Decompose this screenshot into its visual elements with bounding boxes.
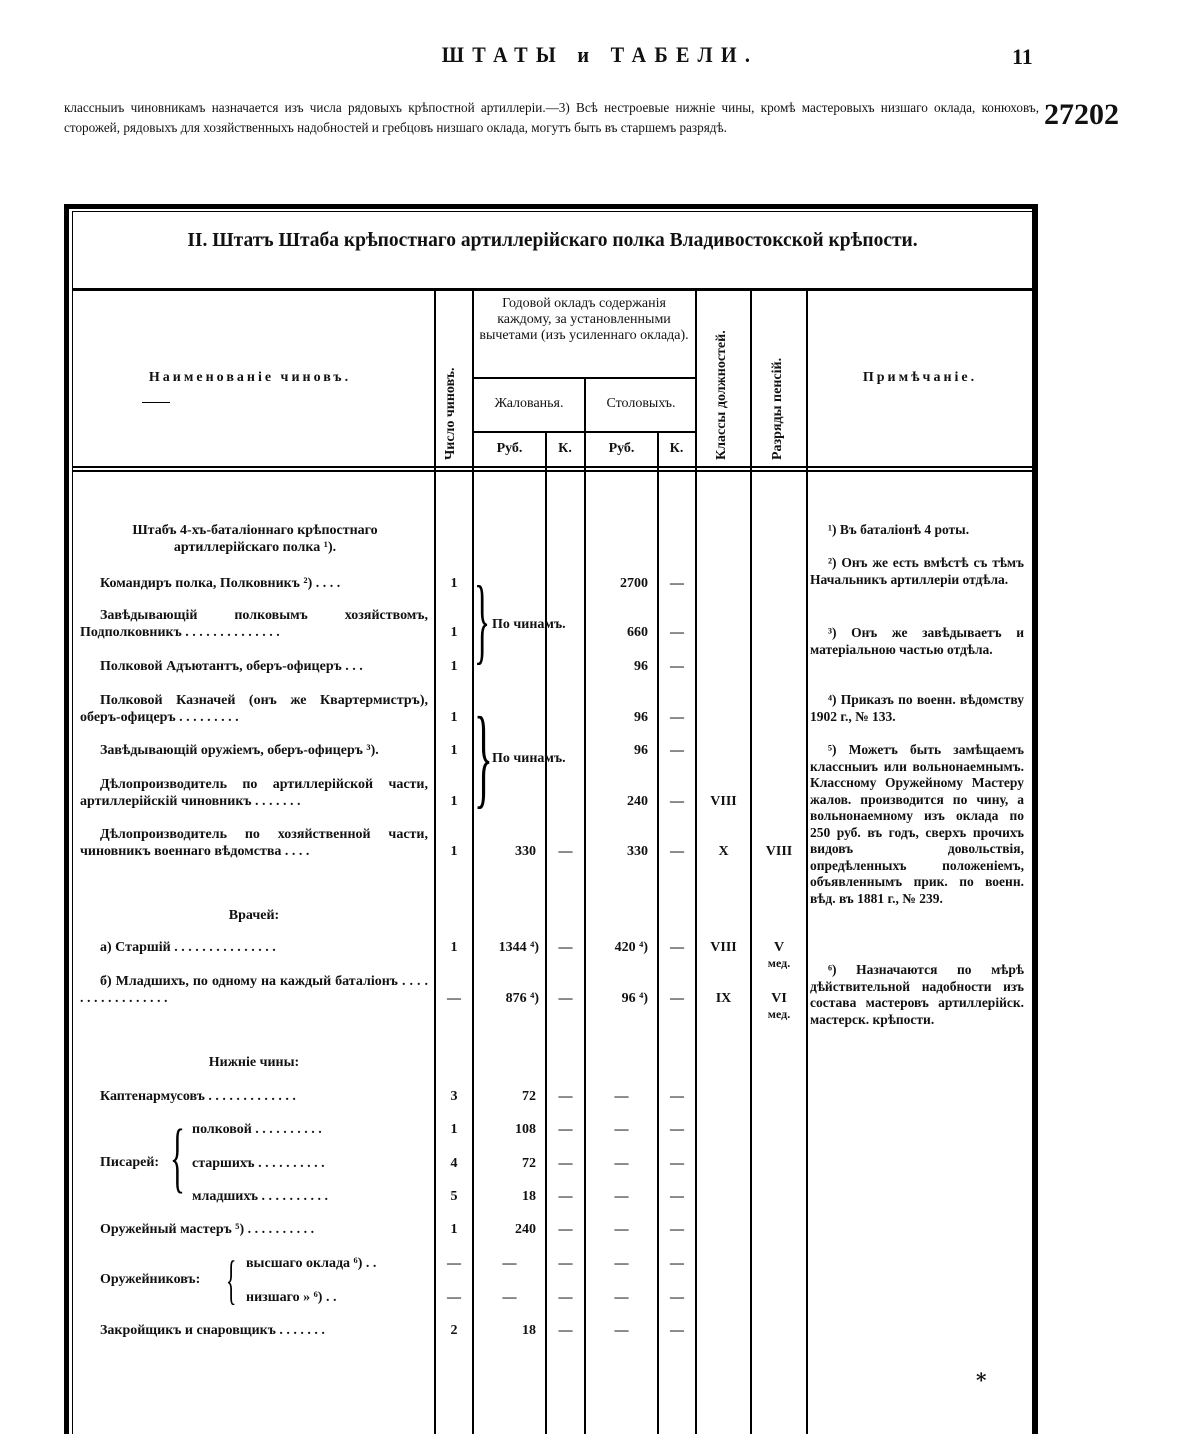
row-stol-k: — [659,1088,695,1105]
header-rub-2: Руб. [586,441,657,457]
row-stol-k: — [659,939,695,956]
row-zhal-rub: 240 [474,1221,536,1238]
row-zhal-rub: 18 [474,1322,536,1339]
row-stol-rub: 2700 [586,575,648,592]
row-name: Полковой Казначей (онъ же Квартермистръ)… [80,692,428,726]
row-pension-sub: мед. [752,1006,806,1023]
row-count: 1 [436,624,472,641]
row-zhal-k: — [547,1121,584,1138]
row-stol-k: — [659,1188,695,1205]
header-bottom-rule-2 [72,470,1033,472]
row-count: 1 [436,1221,472,1238]
row-pension-sub: мед. [752,955,806,972]
section-heading-lower-ranks: Нижніе чины: [80,1054,428,1071]
row-stol-rub: — [586,1121,657,1138]
row-stol-rub: 96 [586,709,648,726]
row-name: низшаго » ⁶) . . [246,1289,428,1306]
row-name: младшихъ . . . . . . . . . . [192,1188,428,1205]
row-pension: V [752,939,806,956]
row-count: 1 [436,939,472,956]
row-count: 2 [436,1322,472,1339]
header-rub-1: Руб. [474,441,545,457]
left-brace-icon: { [226,1250,236,1310]
row-count: — [436,1289,472,1306]
row-stol-k: — [659,1155,695,1172]
row-zhal-rub: 876 ⁴) [474,990,539,1007]
row-class: X [697,843,750,860]
row-count: 1 [436,742,472,759]
row-count: 1 [436,575,472,592]
row-stol-k: — [659,990,695,1007]
row-pension: VI [752,990,806,1007]
row-name: старшихъ . . . . . . . . . . [192,1155,428,1172]
brace-label: По чинамъ. [492,750,566,767]
header-pension: Разряды пенсій. [770,335,786,460]
row-pension: VIII [752,843,806,860]
row-name: Оружейный мастеръ ⁵) . . . . . . . . . . [100,1221,428,1238]
row-stol-rub: 96 [586,742,648,759]
row-stol-rub: 330 [586,843,648,860]
row-zhal-k: — [547,843,584,860]
row-name: а) Старшій . . . . . . . . . . . . . . . [80,939,428,956]
row-stol-k: — [659,1121,695,1138]
row-zhal-rub: — [474,1255,545,1272]
row-stol-k: — [659,1221,695,1238]
row-stol-k: — [659,709,695,726]
section-heading-staff: Штабъ 4-хъ-баталіоннаго крѣпостнаго арти… [100,522,410,556]
section-heading-doctors: Врачей: [80,907,428,924]
row-zhal-rub: 18 [474,1188,536,1205]
row-count: 1 [436,709,472,726]
footnote-1: ¹) Въ баталіонѣ 4 роты. [810,522,1024,539]
footnote-3: ³) Онъ же завѣдываетъ и матеріальною час… [810,625,1024,658]
row-name: Полковой Адъютантъ, оберъ-офицеръ . . . [80,658,428,675]
row-stol-rub: 96 [586,658,648,675]
footnote-4: ⁴) Приказъ по военн. вѣдомству 1902 г., … [810,692,1024,725]
asterisk-mark: * [976,1368,986,1392]
row-zhal-k: — [547,1155,584,1172]
row-stol-rub: 420 ⁴) [586,939,648,956]
col-divider [806,290,808,1434]
row-stol-k: — [659,658,695,675]
footnote-5: ⁵) Можетъ быть замѣщаемъ классныиъ или в… [810,742,1024,907]
header-zhalovanye: Жалованья. [474,396,584,412]
row-name: полковой . . . . . . . . . . [192,1121,428,1138]
row-zhal-k: — [547,1221,584,1238]
running-title: ШТАТЫ и ТАБЕЛИ. [48,42,1152,68]
row-stol-rub: — [586,1155,657,1172]
row-class: VIII [697,939,750,956]
header-class: Классы должностей. [714,305,730,460]
row-stol-rub: 240 [586,793,648,810]
row-stol-k: — [659,843,695,860]
col-divider [750,290,752,1434]
row-zhal-rub: 72 [474,1088,536,1105]
row-stol-rub: 96 ⁴) [586,990,648,1007]
right-brace-icon: } [474,570,490,670]
row-zhal-rub: 330 [474,843,536,860]
header-kop-2: К. [658,441,695,457]
row-name: Закройщикъ и снаровщикъ . . . . . . . [100,1322,428,1339]
row-name: б) Младшихъ, по одному на каждый баталіо… [80,973,428,1007]
row-name: Командиръ полка, Полковникъ ²) . . . . [80,575,428,592]
row-name: Дѣлопроизводитель по хозяйственной части… [80,826,428,860]
row-stol-rub: 660 [586,624,648,641]
col-divider [545,432,547,1434]
title-divider [72,288,1033,291]
table-title: II. Штатъ Штаба крѣпостнаго артиллерійск… [72,230,1033,252]
row-stol-k: — [659,742,695,759]
header-salary-group: Годовой окладъ содержанія каждому, за ус… [476,296,692,344]
right-brace-icon: } [474,700,493,814]
row-stol-rub: — [586,1322,657,1339]
row-zhal-k: — [547,1188,584,1205]
row-stol-rub: — [586,1221,657,1238]
row-zhal-rub: 1344 ⁴) [474,939,539,956]
row-zhal-k: — [547,1255,584,1272]
row-stol-rub: — [586,1188,657,1205]
group-label-armorers: Оружейниковъ: [100,1271,200,1288]
page-number: 11 [1012,44,1033,70]
row-name: Дѣлопроизводитель по артиллерійской част… [80,776,428,810]
row-count: 5 [436,1188,472,1205]
header-stolovye: Столовыхъ. [586,396,696,412]
header-count: Число чиновъ. [443,345,459,460]
row-stol-rub: — [586,1255,657,1272]
row-zhal-rub: — [474,1289,545,1306]
row-count: 1 [436,843,472,860]
row-count: 1 [436,793,472,810]
footnote-6: ⁶) Назначаются по мѣрѣ дѣйствительной на… [810,962,1024,1028]
row-zhal-rub: 72 [474,1155,536,1172]
row-zhal-rub: 108 [474,1121,536,1138]
header-ornament [142,402,170,403]
row-count: 1 [436,658,472,675]
row-count: — [436,1255,472,1272]
col-divider [695,290,697,1434]
left-brace-icon: { [170,1112,185,1202]
row-count: 1 [436,1121,472,1138]
row-name: высшаго оклада ⁶) . . [246,1255,428,1272]
group-label-scribes: Писарей: [100,1154,159,1171]
header-kop-1: К. [546,441,584,457]
row-count: 3 [436,1088,472,1105]
row-name: Завѣдывающій полковымъ хозяйствомъ, Подп… [80,607,428,641]
row-zhal-k: — [547,1289,584,1306]
brace-label: По чинамъ. [492,616,566,633]
document-number-stamp: 27202 [1044,98,1119,132]
footnote-2: ²) Онъ же есть вмѣстѣ съ тѣмъ Начальникъ… [810,555,1024,588]
row-name: Каптенармусовъ . . . . . . . . . . . . . [100,1088,428,1105]
row-stol-rub: — [586,1088,657,1105]
row-zhal-k: — [547,1322,584,1339]
row-stol-rub: — [586,1289,657,1306]
row-zhal-k: — [547,1088,584,1105]
row-stol-k: — [659,575,695,592]
header-name: Наименованіе чиновъ. [100,370,400,386]
row-stol-k: — [659,624,695,641]
row-stol-k: — [659,1322,695,1339]
row-count: — [436,990,472,1007]
row-stol-k: — [659,1255,695,1272]
header-bottom-rule-1 [72,466,1033,468]
row-count: 4 [436,1155,472,1172]
row-class: IX [697,990,750,1007]
col-divider [584,378,586,1434]
row-class: VIII [697,793,750,810]
row-stol-k: — [659,793,695,810]
intro-paragraph: классныиъ чиновникамъ назначается изъ чи… [64,98,1039,138]
row-zhal-k: — [547,990,584,1007]
row-name: Завѣдывающій оружіемъ, оберъ-офицеръ ³). [80,742,428,759]
row-stol-k: — [659,1289,695,1306]
row-zhal-k: — [547,939,584,956]
header-notes: Примѣчаніе. [808,370,1032,386]
